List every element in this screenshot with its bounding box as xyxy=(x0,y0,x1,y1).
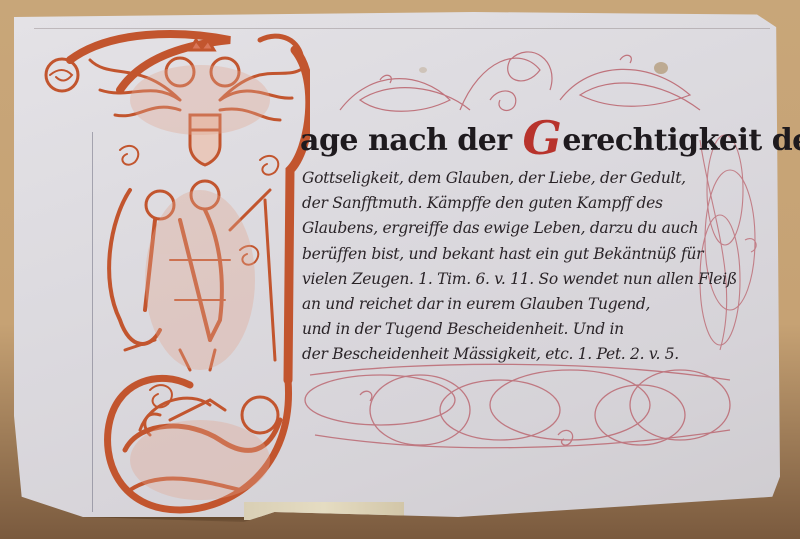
red-capital-letter: G xyxy=(523,111,562,165)
text-line: und in der Tugend Bescheidenheit. Und in xyxy=(302,317,722,342)
heading-text-end: erechtigkeit der xyxy=(562,123,800,158)
heading-text-start: age nach der xyxy=(300,123,522,158)
text-line: der Sanfftmuth. Kämpffe den guten Kampff… xyxy=(302,191,722,216)
illuminated-initial-illustration xyxy=(30,20,310,520)
body-text: Gottseligkeit, dem Glauben, der Liebe, d… xyxy=(302,166,722,368)
text-line: der Bescheidenheit Mässigkeit, etc. 1. P… xyxy=(302,342,722,367)
heading-line: age nach der Gerechtigkeit der xyxy=(300,118,720,161)
illuminated-initial xyxy=(30,20,310,520)
text-line: berüffen bist, und bekant hast ein gut B… xyxy=(302,242,722,267)
ink-stain xyxy=(419,67,427,73)
text-line: Glaubens, ergreiffe das ewige Leben, dar… xyxy=(302,216,722,241)
ink-stain xyxy=(654,62,668,74)
text-line: an und reichet dar in eurem Glauben Tuge… xyxy=(302,292,722,317)
text-line: vielen Zeugen. 1. Tim. 6. v. 11. So wend… xyxy=(302,267,722,292)
text-line: Gottseligkeit, dem Glauben, der Liebe, d… xyxy=(302,166,722,191)
